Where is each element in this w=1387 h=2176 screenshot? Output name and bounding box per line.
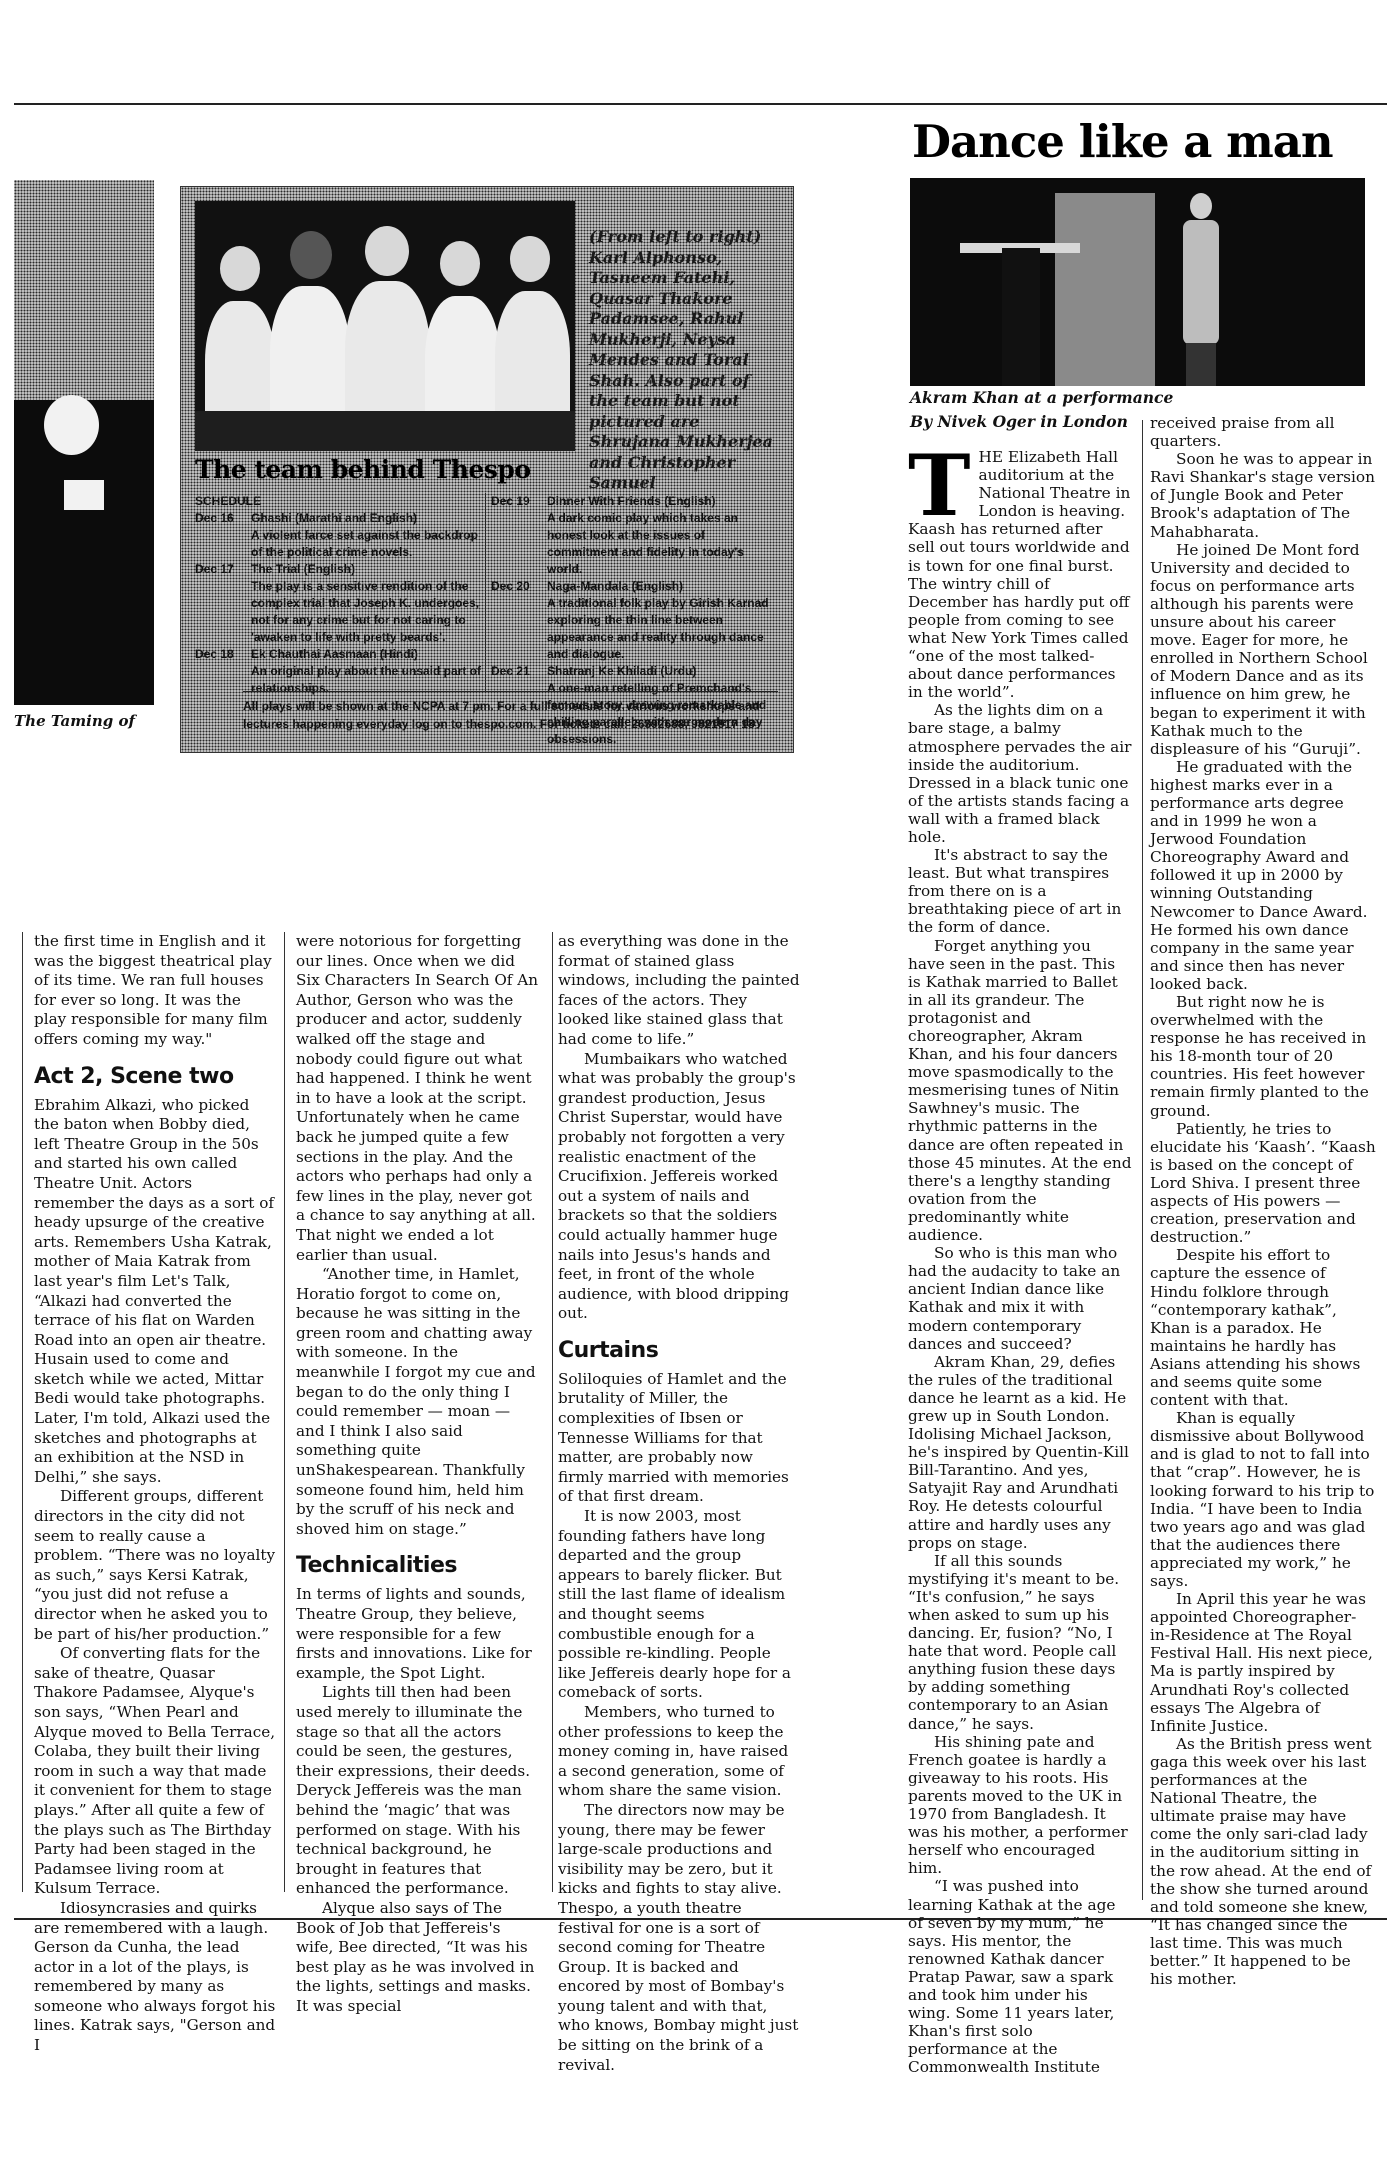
- schedule-entry: Dec 18 Ek Chauthai Aasmaan (Hindi)An ori…: [195, 646, 489, 697]
- schedule-left-column: SCHEDULE Dec 16 Ghashi (Marathi and Engl…: [195, 493, 489, 697]
- taming-of-photo: [14, 180, 154, 705]
- dropcap-letter: T: [908, 452, 971, 520]
- subhead-curtains: Curtains: [558, 1338, 802, 1364]
- subhead-act-2: Act 2, Scene two: [34, 1064, 276, 1090]
- dance-article-col-1: THE Elizabeth Hall auditorium at the Nat…: [908, 448, 1132, 2076]
- dance-byline: By Nivek Oger in London: [910, 412, 1128, 431]
- dance-photo-caption: Akram Khan at a performance: [910, 388, 1173, 407]
- thespo-photo-caption: (From left to right) Karl Alphonso, Tasn…: [589, 227, 784, 494]
- schedule-entry: Dec 17 The Trial (English)The play is a …: [195, 561, 489, 646]
- thespo-box-title: The team behind Thespo: [195, 455, 531, 484]
- theatre-article-col-3: as everything was done in the format of …: [558, 932, 802, 2075]
- dance-article-col-2: received praise from all quarters. Soon …: [1150, 414, 1376, 1988]
- thespo-info-box: (From left to right) Karl Alphonso, Tasn…: [180, 186, 794, 753]
- theatre-article-col-2: were notorious for forgetting our lines.…: [296, 932, 540, 2016]
- akram-khan-photo: [910, 178, 1365, 386]
- schedule-label: SCHEDULE: [195, 493, 489, 510]
- theatre-article-col-1: the first time in English and it was the…: [34, 932, 276, 2056]
- top-rule: [14, 103, 1387, 105]
- schedule-entry: Dec 20 Naga-Mandala (English)A tradition…: [491, 578, 785, 663]
- schedule-entry: Dec 16 Ghashi (Marathi and English)A vio…: [195, 510, 489, 561]
- schedule-entry: Dec 19 Dinner With Friends (English)A da…: [491, 493, 785, 578]
- dance-headline: Dance like a man: [912, 116, 1333, 168]
- thespo-team-photo: [195, 201, 575, 451]
- taming-of-caption: The Taming of: [14, 712, 135, 730]
- subhead-technicalities: Technicalities: [296, 1553, 540, 1579]
- thespo-footer-note: All plays will be shown at the NCPA at 7…: [243, 697, 773, 733]
